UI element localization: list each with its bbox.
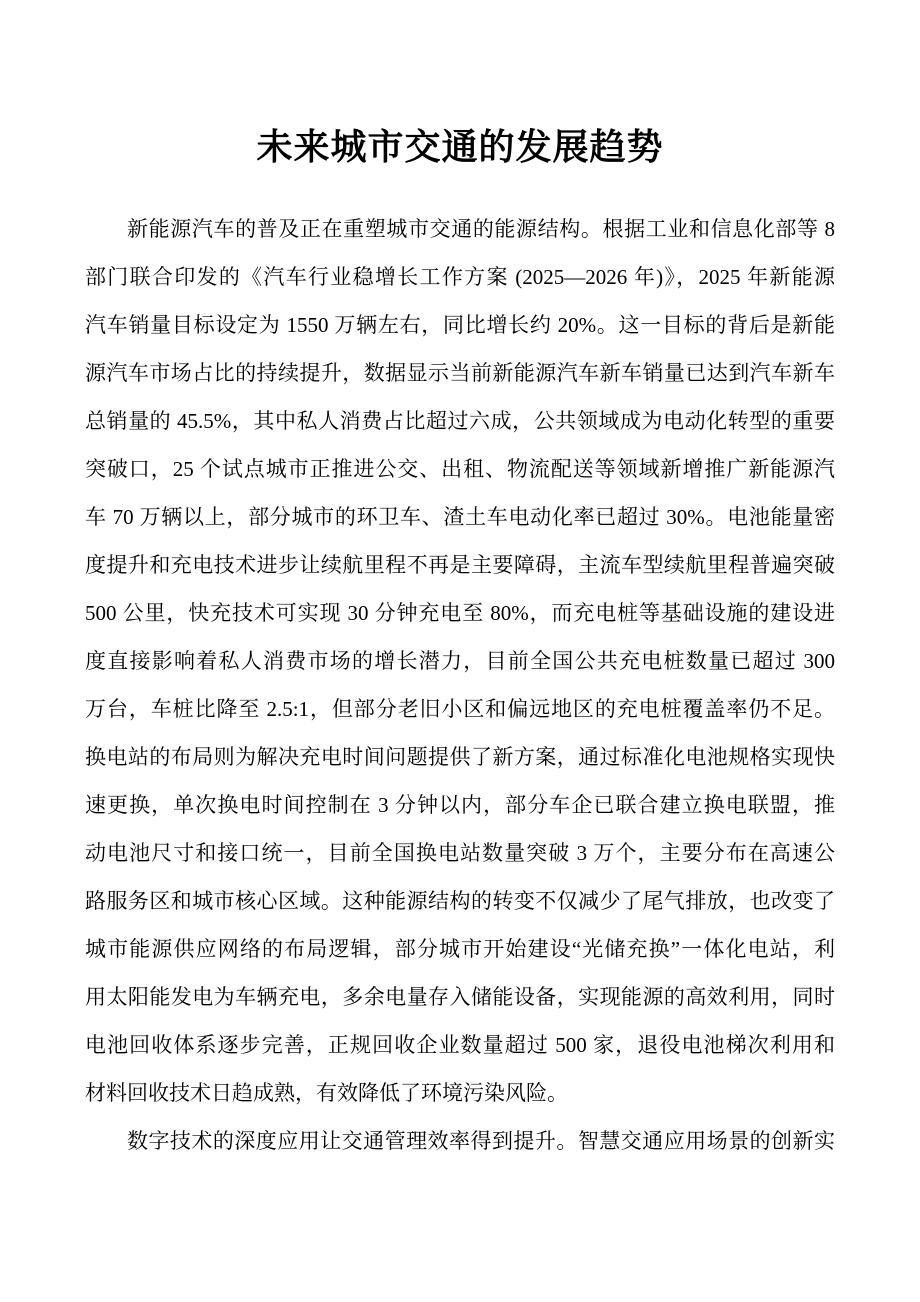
paragraph: 新能源汽车的普及正在重塑城市交通的能源结构。根据工业和信息化部等 8部门联合印发… <box>85 205 835 1117</box>
text-line: 城市能源供应网络的布局逻辑，部分城市开始建设“光储充换”一体化电站，利 <box>85 925 835 973</box>
document-page: 未来城市交通的发展趋势 新能源汽车的普及正在重塑城市交通的能源结构。根据工业和信… <box>0 0 920 1302</box>
text-line: 新能源汽车的普及正在重塑城市交通的能源结构。根据工业和信息化部等 8 <box>85 205 835 253</box>
text-line: 数字技术的深度应用让交通管理效率得到提升。智慧交通应用场景的创新实 <box>85 1117 835 1165</box>
text-line: 换电站的布局则为解决充电时间问题提供了新方案，通过标准化电池规格实现快 <box>85 733 835 781</box>
text-line: 突破口，25 个试点城市正推进公交、出租、物流配送等领域新增推广新能源汽 <box>85 445 835 493</box>
text-line: 汽车销量目标设定为 1550 万辆左右，同比增长约 20%。这一目标的背后是新能 <box>85 301 835 349</box>
text-line: 500 公里，快充技术可实现 30 分钟充电至 80%，而充电桩等基础设施的建设… <box>85 589 835 637</box>
text-line: 度提升和充电技术进步让续航里程不再是主要障碍，主流车型续航里程普遍突破 <box>85 541 835 589</box>
text-line: 度直接影响着私人消费市场的增长潜力，目前全国公共充电桩数量已超过 300 <box>85 637 835 685</box>
document-title: 未来城市交通的发展趋势 <box>0 0 920 170</box>
text-line: 电池回收体系逐步完善，正规回收企业数量超过 500 家，退役电池梯次利用和 <box>85 1021 835 1069</box>
text-line: 源汽车市场占比的持续提升，数据显示当前新能源汽车新车销量已达到汽车新车 <box>85 349 835 397</box>
text-line: 用太阳能发电为车辆充电，多余电量存入储能设备，实现能源的高效利用，同时 <box>85 973 835 1021</box>
text-line: 速更换，单次换电时间控制在 3 分钟以内，部分车企已联合建立换电联盟，推 <box>85 781 835 829</box>
paragraph: 数字技术的深度应用让交通管理效率得到提升。智慧交通应用场景的创新实 <box>85 1117 835 1165</box>
text-line: 车 70 万辆以上，部分城市的环卫车、渣土车电动化率已超过 30%。电池能量密 <box>85 493 835 541</box>
text-line: 总销量的 45.5%，其中私人消费占比超过六成，公共领域成为电动化转型的重要 <box>85 397 835 445</box>
text-line: 材料回收技术日趋成熟，有效降低了环境污染风险。 <box>85 1069 835 1117</box>
text-line: 动电池尺寸和接口统一，目前全国换电站数量突破 3 万个，主要分布在高速公 <box>85 829 835 877</box>
document-body: 新能源汽车的普及正在重塑城市交通的能源结构。根据工业和信息化部等 8部门联合印发… <box>85 205 835 1165</box>
text-line: 万台，车桩比降至 2.5:1，但部分老旧小区和偏远地区的充电桩覆盖率仍不足。 <box>85 685 835 733</box>
text-line: 部门联合印发的《汽车行业稳增长工作方案 (2025—2026 年)》，2025 … <box>85 253 835 301</box>
text-line: 路服务区和城市核心区域。这种能源结构的转变不仅减少了尾气排放，也改变了 <box>85 877 835 925</box>
